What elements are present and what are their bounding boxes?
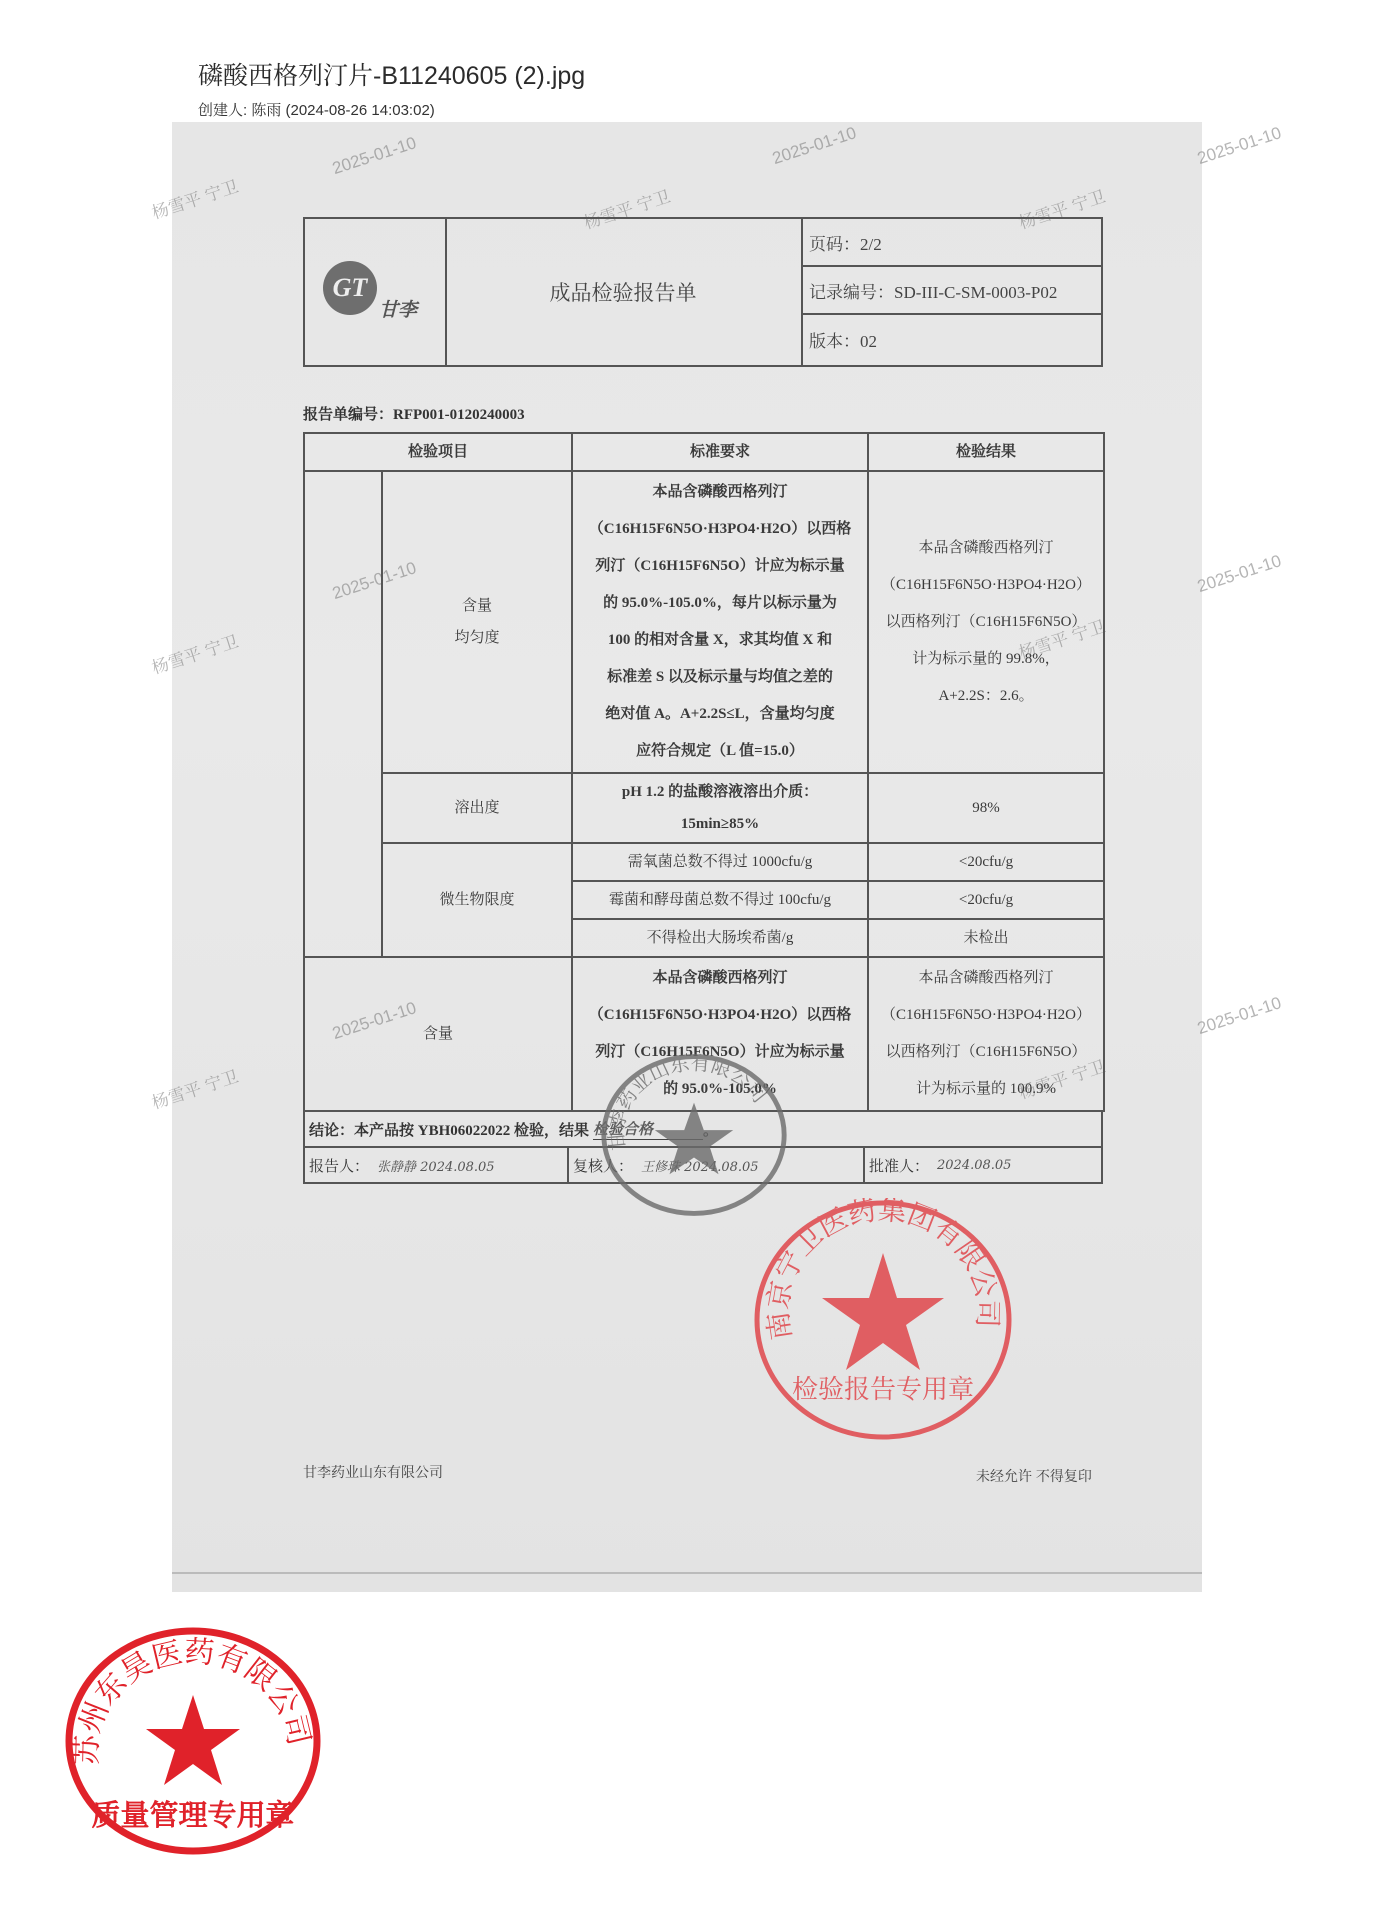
document-meta: 页码：2/2 记录编号：SD-III-C-SM-0003-P02 版本：02 [803,219,1101,365]
watermark-date: 2025-01-10 [1195,123,1284,169]
scan-edge [172,1572,1202,1574]
quality-management-seal-red: 苏州东昊医药有限公司 质量管理专用章 [62,1625,324,1857]
result-line: 计为标示量的 100.9% [873,1071,1099,1108]
inspection-seal-gray: 甘李药业山东有限公司 [596,1050,792,1220]
result-line: 本品含磷酸西格列汀 [873,530,1099,567]
svg-text:质量管理专用章: 质量管理专用章 [91,1798,294,1832]
footer-notice: 未经允许 不得复印 [976,1466,1092,1486]
result-line: 本品含磷酸西格列汀 [873,960,1099,997]
result-cell: <20cfu/g [868,881,1104,919]
reporter-cell: 报告人： 张静静 2024.08.05 [305,1148,569,1182]
spec-cell: 霉菌和酵母菌总数不得过 100cfu/g [572,881,868,919]
spec-cell: 本品含磷酸西格列汀 （C16H15F6N5O·H3PO4·H2O）以西格 列汀（… [572,471,868,773]
seal-icon: 甘李药业山东有限公司 [596,1050,792,1220]
result-line: 以西格列汀（C16H15F6N5O） [873,1034,1099,1071]
file-creator: 创建人: 陈雨 (2024-08-26 14:03:02) [198,99,435,120]
conclusion-text: 结论：本产品按 YBH06022022 检验，结果 [309,1119,589,1140]
item-cell: 溶出度 [382,773,572,843]
logo-cell: GT 甘李 [305,219,447,365]
footer-company: 甘李药业山东有限公司 [303,1462,443,1482]
document-title: 成品检验报告单 [445,219,803,365]
spec-line: （C16H15F6N5O·H3PO4·H2O）以西格 [577,511,863,548]
table-row-uniformity: 含量 均匀度 本品含磷酸西格列汀 （C16H15F6N5O·H3PO4·H2O）… [304,471,1104,773]
result-cell: <20cfu/g [868,843,1104,881]
column-header: 检验结果 [868,433,1104,471]
spec-line: 15min≥85% [577,808,863,840]
item-label: 含量 [387,590,567,622]
table-header-row: 检验项目 标准要求 检验结果 [304,433,1104,471]
approver-label: 批准人： [869,1155,929,1176]
watermark-date: 2025-01-10 [1195,993,1284,1039]
spec-line: 本品含磷酸西格列汀 [577,474,863,511]
table-row-microbial: 微生物限度 需氧菌总数不得过 1000cfu/g <20cfu/g [304,843,1104,881]
company-logo-text: 甘李 [379,295,417,322]
spec-line: 100 的相对含量 X，求其均值 X 和 [577,622,863,659]
item-cell: 微生物限度 [382,843,572,957]
spec-cell: 需氧菌总数不得过 1000cfu/g [572,843,868,881]
column-header: 标准要求 [572,433,868,471]
spec-line: 绝对值 A。A+2.2S≤L，含量均匀度 [577,696,863,733]
spec-line: 标准差 S 以及标示量与均值之差的 [577,659,863,696]
result-cell: 98% [868,773,1104,843]
result-cell: 本品含磷酸西格列汀 （C16H15F6N5O·H3PO4·H2O） 以西格列汀（… [868,471,1104,773]
page-number: 页码：2/2 [803,219,1101,267]
spec-cell: pH 1.2 的盐酸溶液溶出介质： 15min≥85% [572,773,868,843]
spec-line: 本品含磷酸西格列汀 [577,960,863,997]
report-header: GT 甘李 成品检验报告单 页码：2/2 记录编号：SD-III-C-SM-00… [303,217,1103,367]
group-cell [304,471,382,957]
result-line: （C16H15F6N5O·H3PO4·H2O） [873,567,1099,604]
result-line: A+2.2S：2.6。 [873,678,1099,715]
svg-text:检验报告专用章: 检验报告专用章 [792,1375,974,1405]
spec-line: 的 95.0%-105.0%，每片以标示量为 [577,585,863,622]
approver-signature: 2024.08.05 [937,1158,1011,1173]
reporter-label: 报告人： [309,1155,369,1176]
spec-line: （C16H15F6N5O·H3PO4·H2O）以西格 [577,997,863,1034]
column-header: 检验项目 [304,433,572,471]
result-line: （C16H15F6N5O·H3PO4·H2O） [873,997,1099,1034]
company-logo-icon: GT [323,261,377,315]
watermark-date: 2025-01-10 [1195,551,1284,597]
seal-icon: 苏州东昊医药有限公司 质量管理专用章 [62,1625,324,1857]
spec-line: pH 1.2 的盐酸溶液溶出介质： [577,776,863,808]
item-cell: 含量 [304,957,572,1111]
version: 版本：02 [803,315,1101,363]
table-row-dissolution: 溶出度 pH 1.2 的盐酸溶液溶出介质： 15min≥85% 98% [304,773,1104,843]
spec-line: 应符合规定（L 值=15.0） [577,733,863,770]
spec-line: 列汀（C16H15F6N5O）计应为标示量 [577,548,863,585]
result-line: 以西格列汀（C16H15F6N5O） [873,604,1099,641]
report-number: 报告单编号：RFP001-0120240003 [303,403,525,424]
approver-cell: 批准人： 2024.08.05 [865,1148,1101,1182]
seal-icon: 南京宁卫医药集团有限公司 检验报告专用章 [752,1198,1014,1442]
item-label: 均匀度 [387,622,567,654]
reporter-signature: 张静静 2024.08.05 [377,1156,495,1175]
record-number: 记录编号：SD-III-C-SM-0003-P02 [803,267,1101,315]
file-title: 磷酸西格列汀片-B11240605 (2).jpg [198,56,585,92]
item-cell: 含量 均匀度 [382,471,572,773]
result-cell: 本品含磷酸西格列汀 （C16H15F6N5O·H3PO4·H2O） 以西格列汀（… [868,957,1104,1111]
result-line: 计为标示量的 99.8%， [873,641,1099,678]
inspection-table: 检验项目 标准要求 检验结果 含量 均匀度 本品含磷酸西格列汀 （C16H15F… [303,432,1105,1112]
inspection-report-seal-red: 南京宁卫医药集团有限公司 检验报告专用章 [752,1198,1014,1442]
spec-cell: 不得检出大肠埃希菌/g [572,919,868,957]
result-cell: 未检出 [868,919,1104,957]
